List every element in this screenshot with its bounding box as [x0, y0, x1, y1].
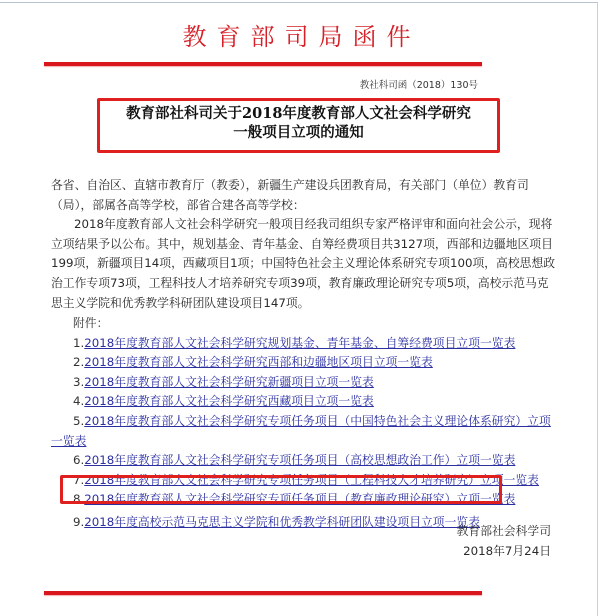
attachment-link-4[interactable]: 2018年度教育部人文社会科学研究西藏项目立项一览表 — [84, 394, 374, 408]
footer-red-rule — [44, 591, 482, 595]
attachment-number: 3. — [73, 375, 84, 389]
attachment-link-8[interactable]: 2018年度教育部人文社会科学研究专项任务项目（教育廉政理论研究）立项一览表 — [84, 492, 515, 506]
attachment-number: 7. — [73, 473, 84, 487]
attachment-number: 6. — [73, 453, 84, 467]
signing-organization: 教育部社会科学司 — [457, 521, 551, 541]
attachment-number: 1. — [73, 336, 84, 350]
notice-title-line-2: 一般项目立项的通知 — [100, 123, 497, 142]
attachment-link-2[interactable]: 2018年度教育部人文社会科学研究西部和边疆地区项目立项一览表 — [84, 355, 433, 369]
attachments-label: 附件： — [51, 314, 556, 334]
attachment-number: 5. — [73, 414, 84, 428]
attachment-item-8: 8.2018年度教育部人文社会科学研究专项任务项目（教育廉政理论研究）立项一览表 — [51, 490, 556, 510]
attachment-link-5[interactable]: 2018年度教育部人文社会科学研究专项任务项目（中国特色社会主义理论体系研究）立… — [51, 414, 551, 448]
signing-date: 2018年7月24日 — [457, 541, 551, 561]
body-paragraph: 2018年度教育部人文社会科学研究一般项目经我司组织专家严格评审和面向社会公示，… — [51, 215, 556, 313]
attachment-link-7[interactable]: 2018年度教育部人文社会科学研究专项任务项目（工程科技人才培养研究）立项一览表 — [84, 473, 539, 487]
notice-title-box: 教育部社科司关于2018年度教育部人文社会科学研究 一般项目立项的通知 — [97, 98, 500, 153]
notice-title-line-1: 教育部社科司关于2018年度教育部人文社会科学研究 — [100, 104, 497, 123]
signature-block: 教育部社会科学司 2018年7月24日 — [457, 521, 551, 561]
attachment-number: 8. — [73, 492, 84, 506]
letterhead-red-rule — [44, 62, 482, 66]
salutation: 各省、自治区、直辖市教育厅（教委），新疆生产建设兵团教育局，有关部门（单位）教育… — [51, 176, 556, 215]
attachment-link-6[interactable]: 2018年度教育部人文社会科学研究专项任务项目（高校思想政治工作）立项一览表 — [84, 453, 515, 467]
attachment-item-6: 6.2018年度教育部人文社会科学研究专项任务项目（高校思想政治工作）立项一览表 — [51, 451, 556, 471]
attachment-item-2: 2.2018年度教育部人文社会科学研究西部和边疆地区项目立项一览表 — [51, 353, 556, 373]
attachment-item-4: 4.2018年度教育部人文社会科学研究西藏项目立项一览表 — [51, 392, 556, 412]
attachments-section: 附件： 1.2018年度教育部人文社会科学研究规划基金、青年基金、自筹经费项目立… — [51, 314, 556, 533]
attachment-link-9[interactable]: 2018年度高校示范马克思主义学院和优秀教学科研团队建设项目立项一览表 — [84, 515, 480, 529]
document-number: 教社科司函（2018）130号 — [360, 79, 478, 93]
attachment-link-1[interactable]: 2018年度教育部人文社会科学研究规划基金、青年基金、自筹经费项目立项一览表 — [84, 336, 515, 350]
attachment-item-3: 3.2018年度教育部人文社会科学研究新疆项目立项一览表 — [51, 373, 556, 393]
attachment-item-1: 1.2018年度教育部人文社会科学研究规划基金、青年基金、自筹经费项目立项一览表 — [51, 334, 556, 354]
letterhead-title: 教育部司局函件 — [0, 22, 603, 52]
notice-body: 各省、自治区、直辖市教育厅（教委），新疆生产建设兵团教育局，有关部门（单位）教育… — [51, 176, 556, 313]
attachment-item-7: 7.2018年度教育部人文社会科学研究专项任务项目（工程科技人才培养研究）立项一… — [51, 471, 556, 491]
attachment-number: 9. — [73, 515, 84, 529]
attachment-number: 4. — [73, 394, 84, 408]
attachment-number: 2. — [73, 355, 84, 369]
attachment-link-3[interactable]: 2018年度教育部人文社会科学研究新疆项目立项一览表 — [84, 375, 374, 389]
attachment-item-5: 5.2018年度教育部人文社会科学研究专项任务项目（中国特色社会主义理论体系研究… — [51, 412, 556, 451]
